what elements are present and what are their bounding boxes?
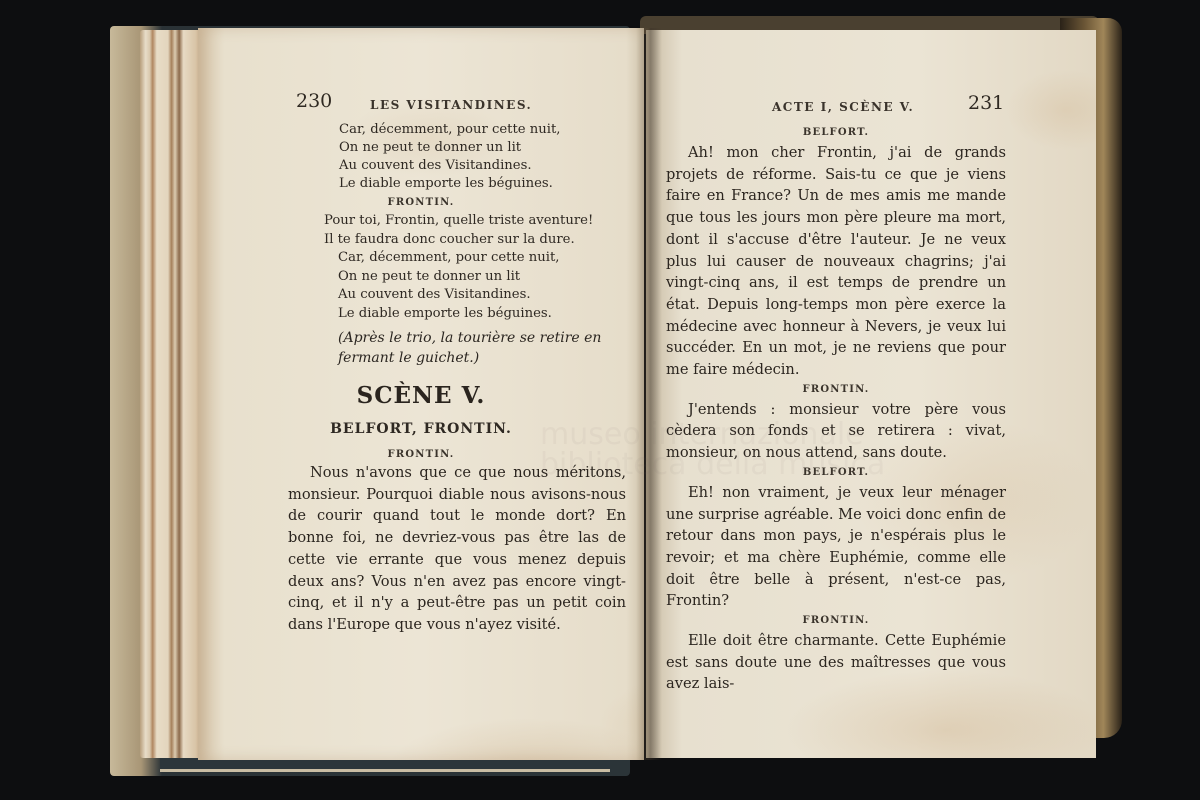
page-number-left: 230 <box>296 90 332 112</box>
speech-text: Eh! non vraiment, je veux leur ménager u… <box>666 482 1006 612</box>
verse-line: Au couvent des Visitandines. <box>338 286 593 305</box>
page-number-right: 231 <box>968 92 1004 114</box>
watermark-line: museo internazionale <box>540 420 885 450</box>
watermark-line: biblioteca della musica <box>540 450 885 480</box>
running-head-left: LES VISITANDINES. <box>370 98 532 112</box>
verse-line: On ne peut te donner un lit <box>339 139 560 157</box>
verse-line: Car, décemment, pour cette nuit, <box>339 121 560 139</box>
stage-direction: (Après le trio, la tourière se retire en… <box>338 328 634 368</box>
speech-text: Elle doit être charmante. Cette Euphémie… <box>666 630 1006 695</box>
speech-text: Nous n'avons que ce que nous méritons, m… <box>288 462 626 636</box>
verse-block-1: Car, décemment, pour cette nuit, On ne p… <box>339 121 560 193</box>
verse-line: On ne peut te donner un lit <box>338 268 593 287</box>
speaker-label: FRONTIN. <box>666 612 1006 630</box>
scene-title: SCÈNE V. <box>198 382 644 409</box>
verse-line: Au couvent des Visitandines. <box>339 157 560 175</box>
speaker-label: BELFORT. <box>666 124 1006 142</box>
right-page: ACTE I, SCÈNE V. 231 BELFORT. Ah! mon ch… <box>646 30 1096 758</box>
watermark: museo internazionale biblioteca della mu… <box>540 420 885 480</box>
left-page: 230 LES VISITANDINES. Car, décemment, po… <box>198 28 644 760</box>
verse-line: Pour toi, Frontin, quelle triste aventur… <box>324 212 593 231</box>
speaker-label: FRONTIN. <box>198 194 644 212</box>
speech-block: Nous n'avons que ce que nous méritons, m… <box>288 462 626 636</box>
verse-line: Le diable emporte les béguines. <box>338 305 593 324</box>
speaker-label: FRONTIN. <box>666 381 1006 399</box>
verse-line: Car, décemment, pour cette nuit, <box>338 249 593 268</box>
verse-line: Le diable emporte les béguines. <box>339 175 560 193</box>
verse-line: Il te faudra donc coucher sur la dure. <box>324 231 593 250</box>
verse-block-2: Pour toi, Frontin, quelle triste aventur… <box>324 212 593 323</box>
running-head-right: ACTE I, SCÈNE V. <box>772 100 914 114</box>
dialogue-block: BELFORT. Ah! mon cher Frontin, j'ai de g… <box>666 124 1006 695</box>
verse-refrain: Car, décemment, pour cette nuit, On ne p… <box>324 249 593 323</box>
speech-text: Ah! mon cher Frontin, j'ai de grands pro… <box>666 142 1006 381</box>
